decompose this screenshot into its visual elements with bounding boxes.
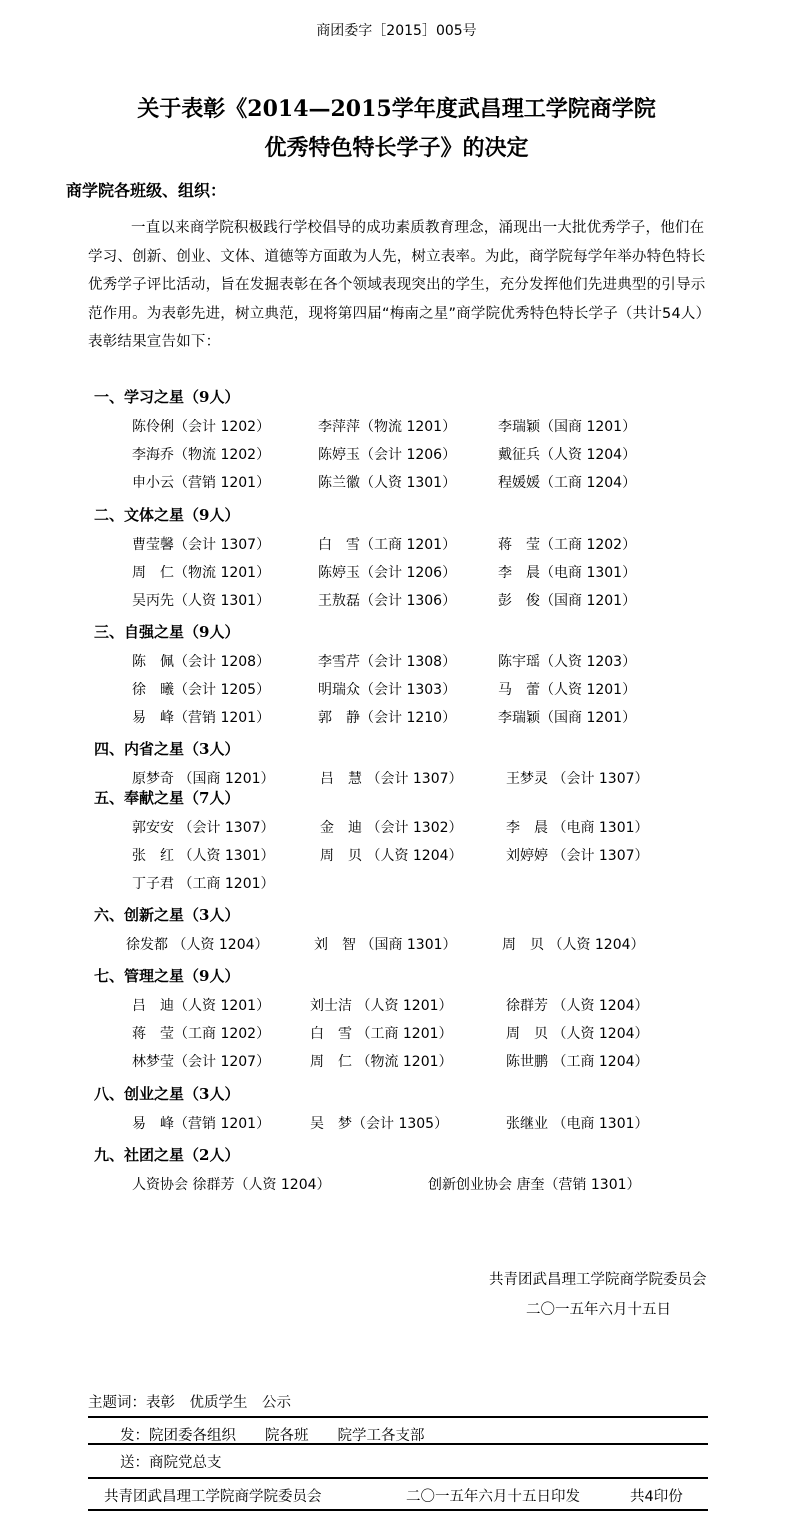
awardee: 刘 智 （国商 1301）	[314, 934, 457, 954]
document-number: 商团委字［2015］005号	[0, 20, 793, 40]
awardee: 李雪芹（会计 1308）	[318, 651, 456, 671]
awardee: 陈世鹏 （工商 1204）	[506, 1051, 649, 1071]
awardee: 彭 俊（国商 1201）	[498, 590, 636, 610]
awardee: 金 迪 （会计 1302）	[320, 817, 463, 837]
awardee: 蒋 莹（工商 1202）	[498, 534, 636, 554]
awardee: 陈婷玉（会计 1206）	[318, 562, 456, 582]
awardee: 丁子君 （工商 1201）	[132, 873, 275, 893]
awardee: 陈宇瑶（人资 1203）	[498, 651, 636, 671]
awardee: 周 仁（物流 1201）	[132, 562, 270, 582]
awardee: 人资协会 徐群芳（人资 1204）	[132, 1174, 331, 1194]
section-title-dedication-star: 五、奉献之星（7人）	[94, 787, 239, 808]
issue-date: 二〇一五年六月十五日印发	[406, 1485, 580, 1506]
awardee: 李萍萍（物流 1201）	[318, 416, 456, 436]
awardee: 徐群芳 （人资 1204）	[506, 995, 649, 1015]
document-title-line-1: 关于表彰《2014—2015学年度武昌理工学院商学院	[0, 92, 793, 123]
awardee: 周 仁 （物流 1201）	[310, 1051, 453, 1071]
awardee: 创新创业协会 唐奎（营销 1301）	[428, 1174, 641, 1194]
awardee: 刘婷婷 （会计 1307）	[506, 845, 649, 865]
awardee: 周 贝 （人资 1204）	[320, 845, 463, 865]
awardee: 刘士洁 （人资 1201）	[310, 995, 453, 1015]
section-title-arts-sports-star: 二、文体之星（9人）	[94, 504, 239, 525]
section-title-study-star: 一、学习之星（9人）	[94, 386, 239, 407]
awardee: 王敖磊（会计 1306）	[318, 590, 456, 610]
intro-paragraph: 一直以来商学院积极践行学校倡导的成功素质教育理念，涌现出一大批优秀学子，他们在学…	[88, 214, 713, 357]
awardee: 申小云（营销 1201）	[132, 472, 270, 492]
awardee: 李海乔（物流 1202）	[132, 444, 270, 464]
issuer: 共青团武昌理工学院商学院委员会	[104, 1485, 322, 1506]
awardee: 周 贝 （人资 1204）	[502, 934, 645, 954]
awardee: 陈兰徽（人资 1301）	[318, 472, 456, 492]
awardee: 吴 梦（会计 1305）	[310, 1113, 448, 1133]
document-title-line-2: 优秀特色特长学子》的决定	[0, 131, 793, 162]
section-title-self-reliance-star: 三、自强之星（9人）	[94, 621, 239, 642]
section-title-innovation-star: 六、创新之星（3人）	[94, 904, 239, 925]
awardee: 白 雪（工商 1201）	[318, 534, 456, 554]
awardee: 陈 佩（会计 1208）	[132, 651, 270, 671]
awardee: 吕 慧 （会计 1307）	[320, 768, 463, 788]
awardee: 郭安安 （会计 1307）	[132, 817, 275, 837]
distribution-send: 发：院团委各组织 院各班 院学工各支部	[120, 1424, 425, 1445]
salutation: 商学院各班级、组织：	[66, 178, 226, 201]
signature-organization: 共青团武昌理工学院商学院委员会	[489, 1268, 707, 1289]
awardee: 蒋 莹（工商 1202）	[132, 1023, 270, 1043]
awardee: 明瑞众（会计 1303）	[318, 679, 456, 699]
section-title-introspection-star: 四、内省之星（3人）	[94, 738, 239, 759]
awardee: 王梦灵 （会计 1307）	[506, 768, 649, 788]
awardee: 林梦莹（会计 1207）	[132, 1051, 270, 1071]
awardee: 吕 迪（人资 1201）	[132, 995, 270, 1015]
awardee: 陈伶俐（会计 1202）	[132, 416, 270, 436]
awardee: 张继业 （电商 1301）	[506, 1113, 649, 1133]
divider	[88, 1477, 708, 1479]
awardee: 李瑞颖（国商 1201）	[498, 707, 636, 727]
awardee: 马 蕾（人资 1201）	[498, 679, 636, 699]
signature-date: 二〇一五年六月十五日	[526, 1298, 671, 1319]
awardee: 李 晨（电商 1301）	[498, 562, 636, 582]
distribution-copy: 送：商院党总支	[120, 1451, 222, 1472]
awardee: 李瑞颖（国商 1201）	[498, 416, 636, 436]
divider	[88, 1443, 708, 1445]
awardee: 吴丙先（人资 1301）	[132, 590, 270, 610]
section-title-club-star: 九、社团之星（2人）	[94, 1144, 239, 1165]
divider	[88, 1416, 708, 1418]
awardee: 原梦奇 （国商 1201）	[132, 768, 275, 788]
awardee: 李 晨 （电商 1301）	[506, 817, 649, 837]
section-title-management-star: 七、管理之星（9人）	[94, 965, 239, 986]
awardee: 徐发都 （人资 1204）	[126, 934, 269, 954]
divider	[88, 1509, 708, 1511]
awardee: 张 红 （人资 1301）	[132, 845, 275, 865]
section-title-entrepreneurship-star: 八、创业之星（3人）	[94, 1083, 239, 1104]
awardee: 徐 曦（会计 1205）	[132, 679, 270, 699]
awardee: 白 雪 （工商 1201）	[310, 1023, 453, 1043]
awardee: 郭 静（会计 1210）	[318, 707, 456, 727]
keywords: 主题词：表彰 优质学生 公示	[88, 1391, 291, 1412]
awardee: 易 峰（营销 1201）	[132, 1113, 270, 1133]
awardee: 易 峰（营销 1201）	[132, 707, 270, 727]
awardee: 周 贝 （人资 1204）	[506, 1023, 649, 1043]
awardee: 曹莹馨（会计 1307）	[132, 534, 270, 554]
awardee: 陈婷玉（会计 1206）	[318, 444, 456, 464]
awardee: 戴征兵（人资 1204）	[498, 444, 636, 464]
copies-count: 共4印份	[630, 1485, 683, 1506]
awardee: 程媛媛（工商 1204）	[498, 472, 636, 492]
